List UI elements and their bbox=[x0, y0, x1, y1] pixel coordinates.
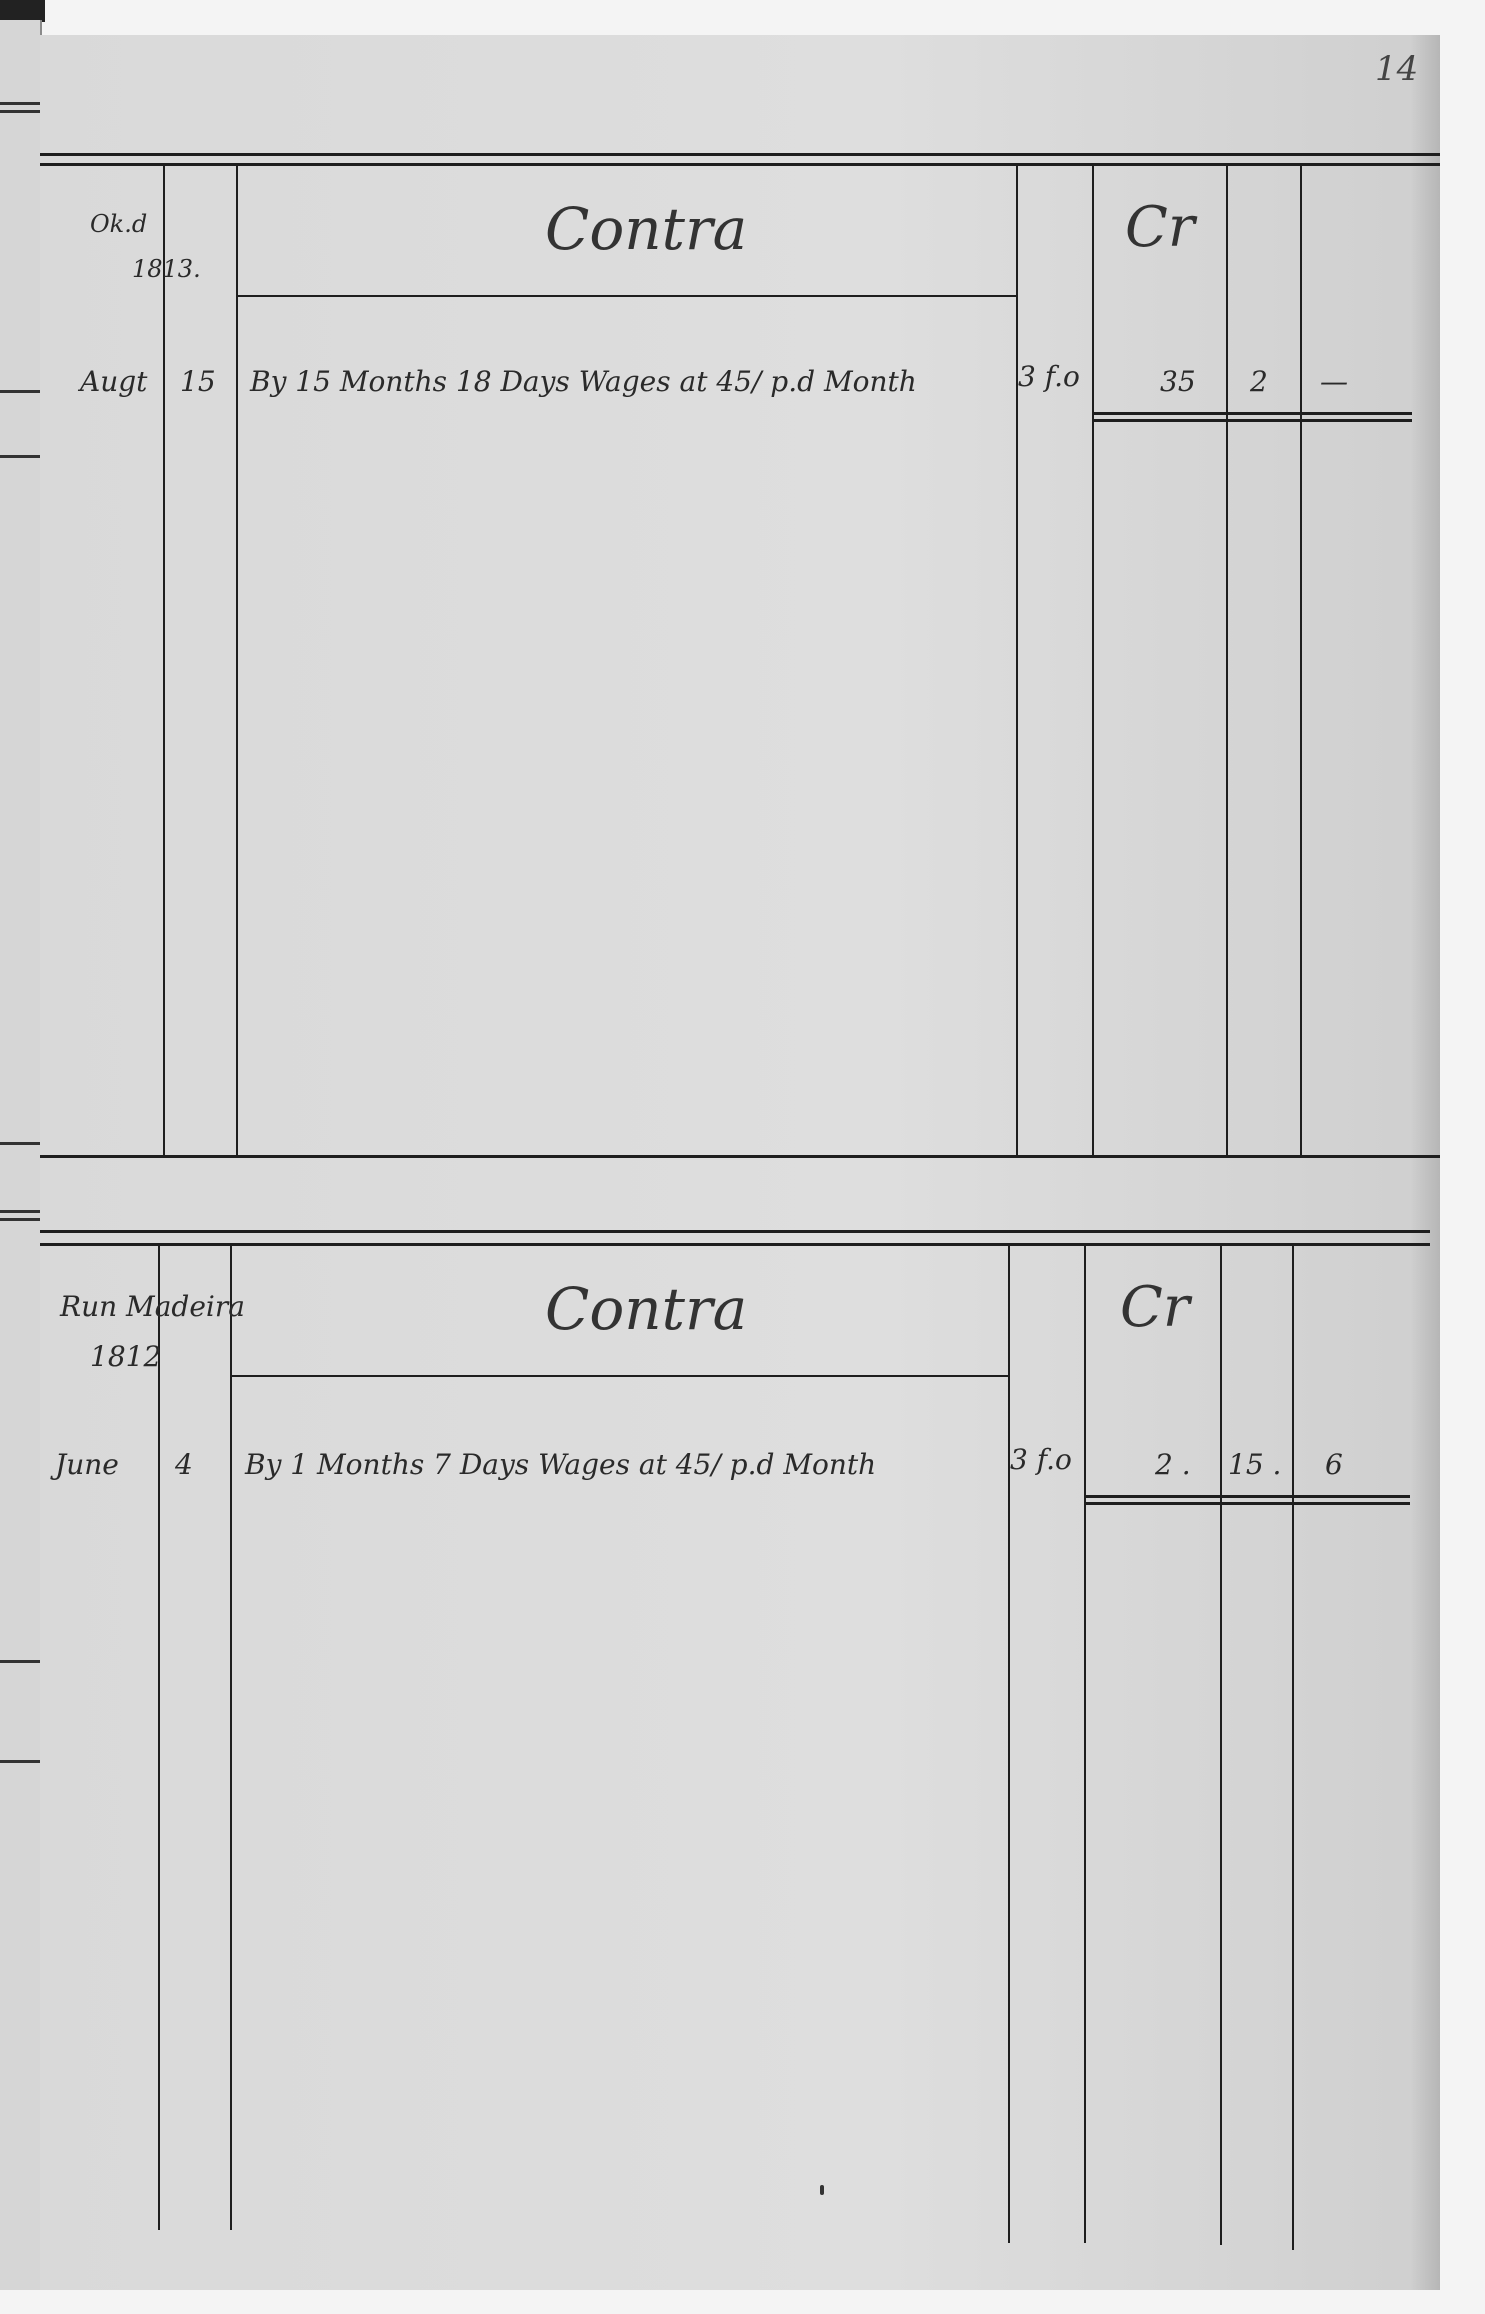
day-column-line bbox=[236, 163, 238, 1155]
prev-page-rule bbox=[0, 1760, 40, 1763]
ledger-page: 14 Ok.d 1813. Contra Cr Augt 15 By 15 Mo… bbox=[40, 35, 1440, 2290]
prev-page-rule bbox=[0, 110, 40, 113]
credit-heading: Cr bbox=[1120, 1275, 1190, 1340]
page-number: 14 bbox=[1375, 49, 1418, 89]
entry-day: 15 bbox=[180, 365, 216, 398]
pence-column-line bbox=[1292, 1245, 1294, 2250]
credit-heading: Cr bbox=[1125, 195, 1195, 260]
month-column-line bbox=[158, 1245, 160, 2230]
entry-folio: 3 f.o bbox=[1018, 360, 1080, 393]
credit-label: Cr bbox=[1125, 195, 1195, 260]
section-1-top-rule bbox=[40, 153, 1440, 156]
page-edge-shadow bbox=[1410, 35, 1440, 2290]
previous-page-edge bbox=[0, 20, 42, 2290]
entry-shillings: 2 bbox=[1250, 365, 1268, 398]
pounds-column-line bbox=[1092, 163, 1094, 1155]
ink-fleck bbox=[820, 2185, 824, 2195]
entry-pounds: 2 . bbox=[1155, 1448, 1191, 1481]
heading-underline bbox=[230, 1375, 1008, 1377]
shillings-column-line bbox=[1226, 163, 1228, 1155]
shillings-column-line bbox=[1220, 1245, 1222, 2245]
date-header-year: 1812 bbox=[90, 1340, 161, 1373]
entry-description: By 15 Months 18 Days Wages at 45/ p.d Mo… bbox=[250, 365, 917, 398]
heading-underline bbox=[236, 295, 1016, 297]
day-column-line bbox=[230, 1245, 232, 2230]
entry-description: By 1 Months 7 Days Wages at 45/ p.d Mont… bbox=[245, 1448, 876, 1481]
pounds-column-line bbox=[1084, 1245, 1086, 2243]
date-header-month: Ok.d bbox=[90, 210, 147, 238]
contra-heading: Contra bbox=[545, 1275, 747, 1343]
prev-page-rule bbox=[0, 1218, 40, 1221]
month-column-line bbox=[163, 163, 165, 1155]
prev-page-rule bbox=[0, 390, 40, 393]
section-1-top-rule bbox=[40, 163, 1440, 166]
binding-shadow bbox=[0, 0, 45, 22]
total-rule bbox=[1084, 1502, 1410, 1505]
pence-column-line bbox=[1300, 163, 1302, 1155]
entry-folio: 3 f.o bbox=[1010, 1443, 1072, 1476]
prev-page-rule bbox=[0, 102, 40, 105]
entry-pence: 6 bbox=[1325, 1448, 1343, 1481]
total-rule bbox=[1084, 1495, 1410, 1498]
date-header-year: 1813. bbox=[132, 255, 201, 283]
credit-label: Cr bbox=[1120, 1275, 1190, 1340]
entry-pounds: 35 bbox=[1160, 365, 1196, 398]
section-2-top-rule bbox=[40, 1230, 1430, 1233]
prev-page-rule bbox=[0, 1210, 40, 1213]
entry-month: June bbox=[55, 1448, 119, 1481]
date-header-ship: Run Madeira bbox=[60, 1290, 245, 1323]
folio-column-line bbox=[1008, 1245, 1010, 2243]
prev-page-rule bbox=[0, 1660, 40, 1663]
prev-page-rule bbox=[0, 455, 40, 458]
prev-page-rule bbox=[0, 1142, 40, 1145]
entry-month: Augt bbox=[80, 365, 147, 398]
total-rule bbox=[1092, 412, 1412, 415]
section-1-bottom-rule bbox=[40, 1155, 1440, 1158]
folio-column-line bbox=[1016, 163, 1018, 1155]
entry-day: 4 bbox=[175, 1448, 193, 1481]
entry-shillings: 15 . bbox=[1228, 1448, 1281, 1481]
contra-heading: Contra bbox=[545, 195, 747, 263]
entry-pence: — bbox=[1320, 365, 1348, 398]
total-rule bbox=[1092, 419, 1412, 422]
